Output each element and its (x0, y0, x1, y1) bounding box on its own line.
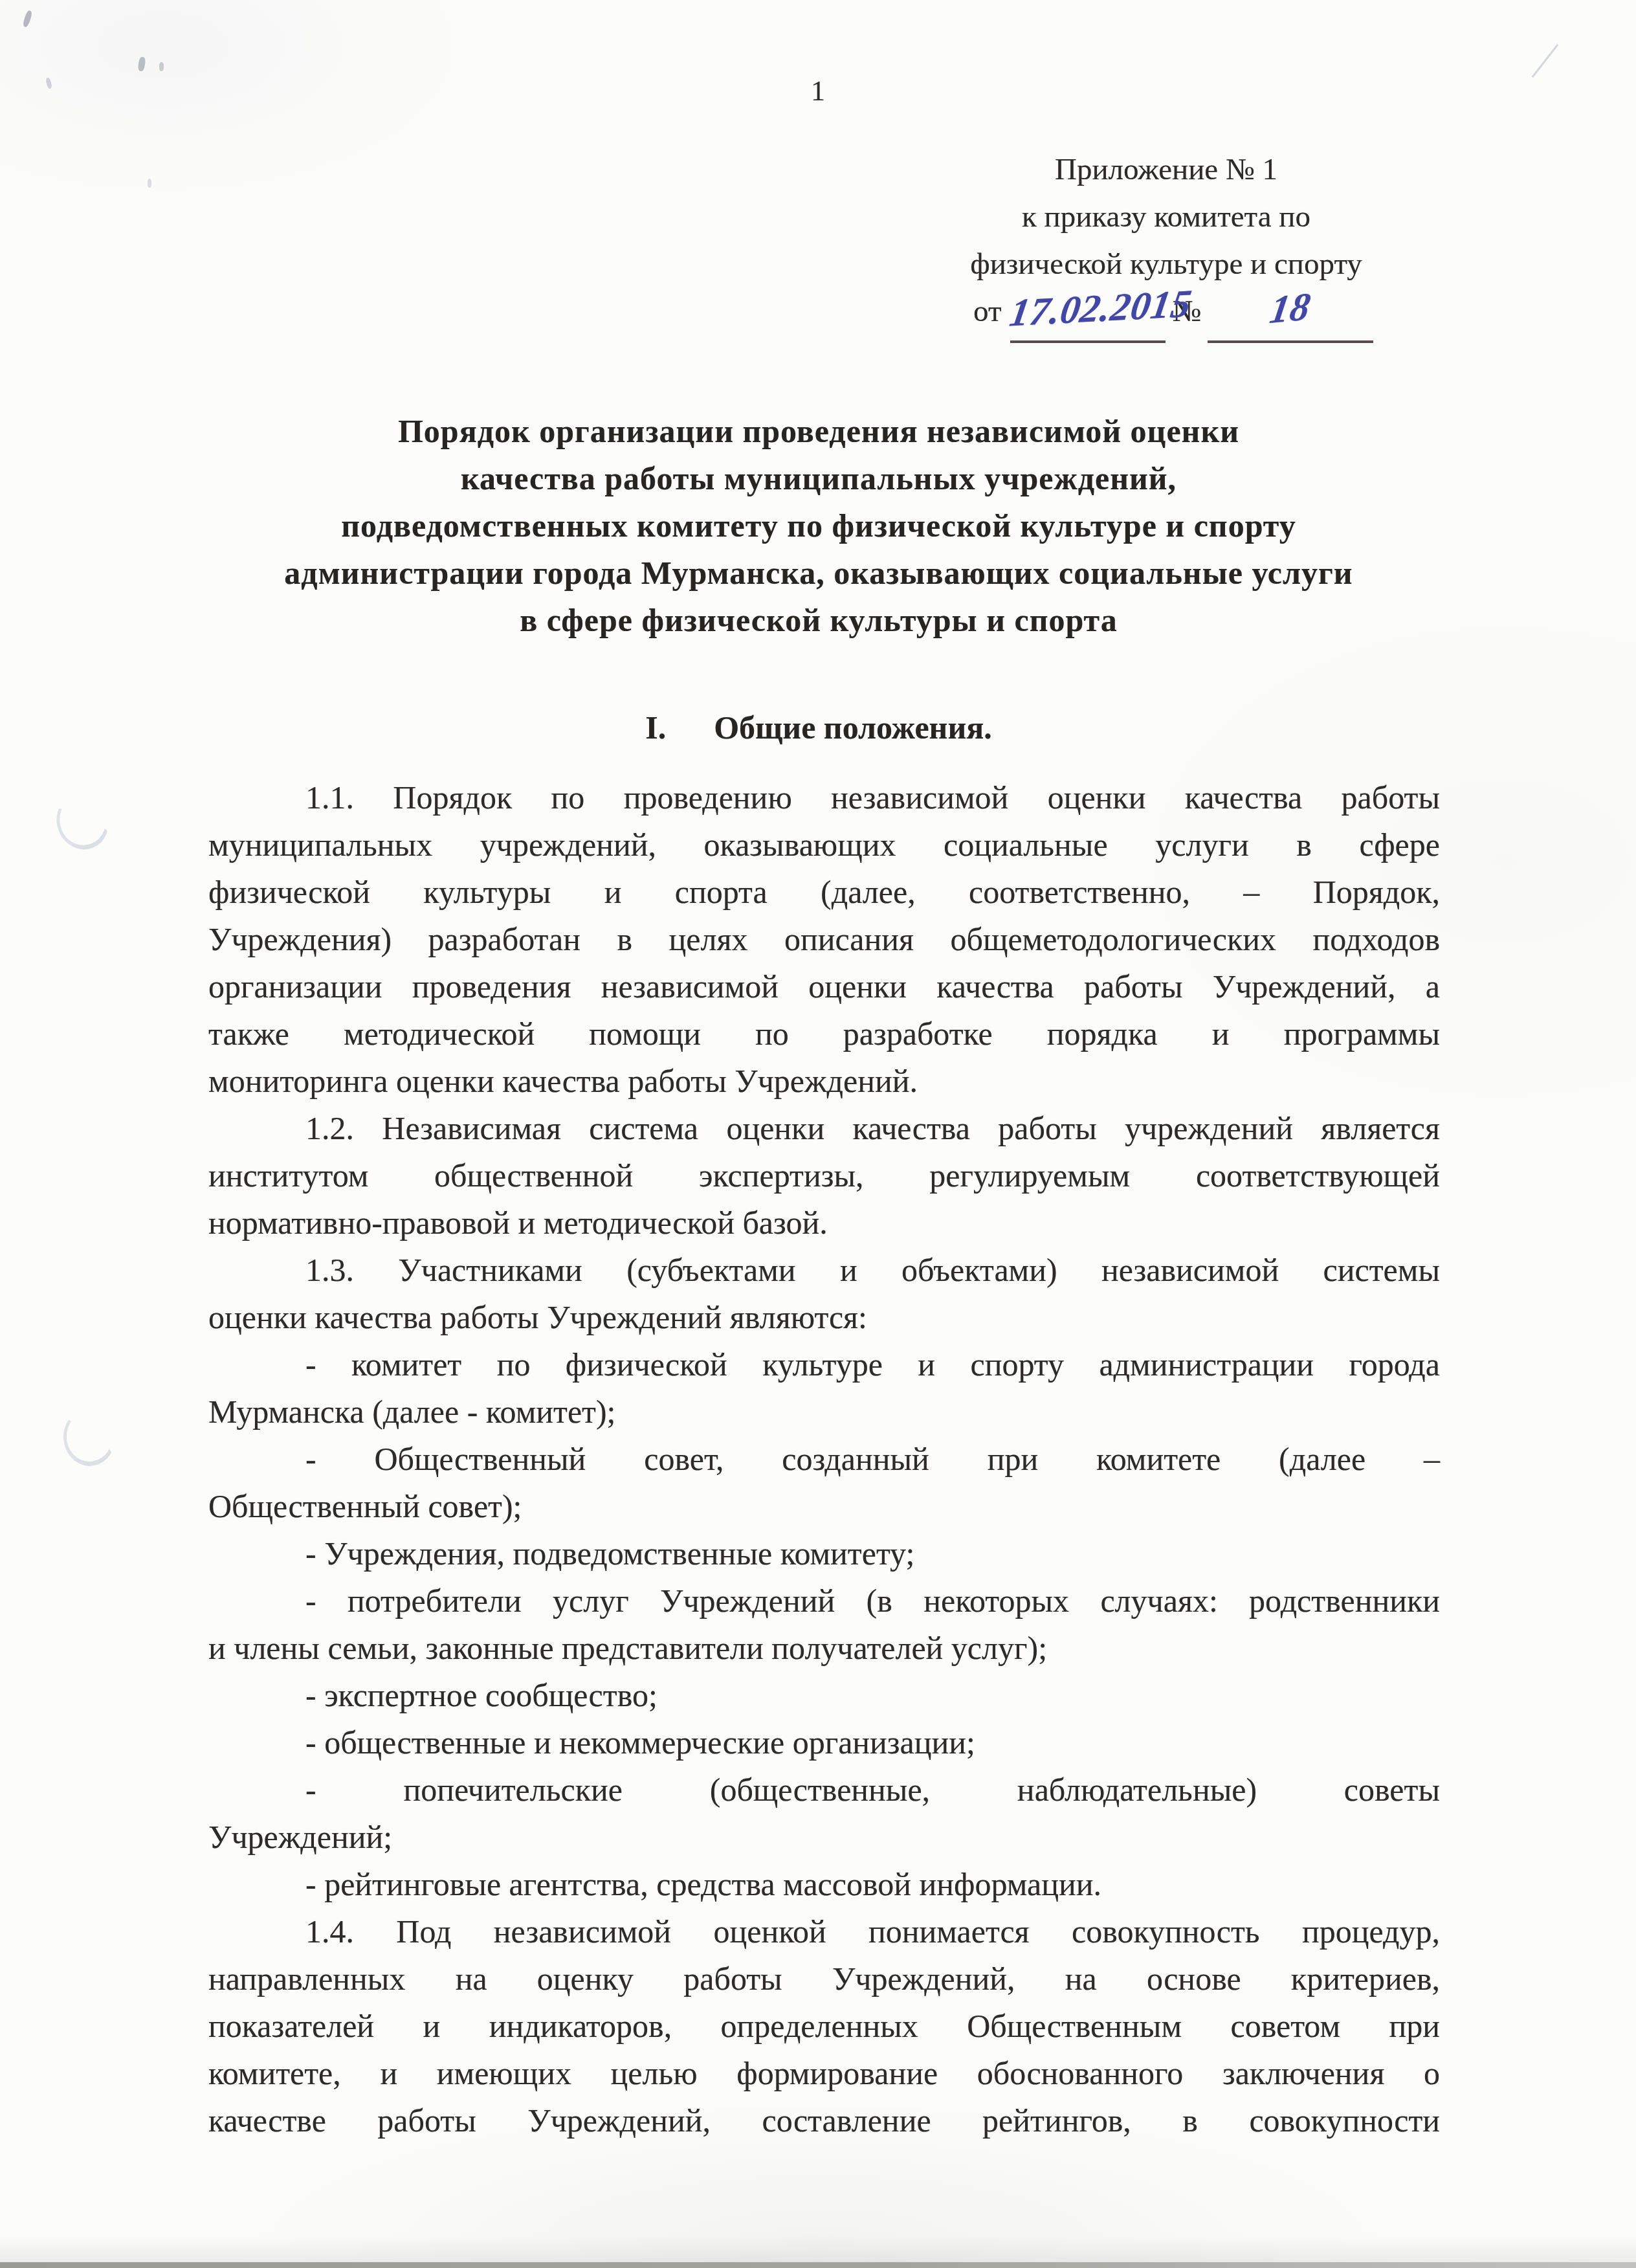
body-line: нормативно-правовой и методической базой… (208, 1199, 1440, 1247)
body-line: показателей и индикаторов, определенных … (208, 2003, 1440, 2050)
section-title: Общие положения. (714, 709, 992, 746)
scan-speck (22, 10, 33, 28)
body-line: - комитет по физической культуре и спорт… (208, 1341, 1440, 1388)
body-line: - общественные и некоммерческие организа… (208, 1719, 1440, 1766)
paragraph-1-4: 1.4. Под независимой оценкой понимается … (208, 1908, 1440, 2144)
body-line: - Общественный совет, созданный при коми… (208, 1436, 1440, 1483)
document-title-line: Порядок организации проведения независим… (207, 408, 1430, 455)
body-line: направленных на оценку работы Учреждений… (208, 1955, 1440, 2003)
appendix-header-line: физической культуре и спорту (940, 241, 1393, 288)
document-body: 1.1. Порядок по проведению независимой о… (208, 774, 1440, 2144)
body-line: комитете, и имеющих целью формирование о… (208, 2050, 1440, 2097)
body-line: Учреждения) разработан в целях описания … (208, 916, 1440, 963)
scan-speck (138, 56, 146, 71)
scan-bottom-shadow (0, 2235, 1636, 2262)
order-date-line: от 17.02.2015 № 18 (940, 288, 1393, 335)
body-line: - попечительские (общественные, наблюдат… (208, 1766, 1440, 1814)
document-title-line: качества работы муниципальных учреждений… (207, 455, 1430, 502)
scan-crescent-mark (49, 786, 117, 857)
body-line: также методической помощи по разработке … (208, 1010, 1440, 1058)
body-line: и члены семьи, законные представители по… (208, 1625, 1440, 1672)
body-line: физической культуры и спорта (далее, соо… (208, 869, 1440, 916)
body-line: организации проведения независимой оценк… (208, 963, 1440, 1010)
body-line: - Учреждения, подведомственные комитету; (208, 1530, 1440, 1577)
paragraph-1-2: 1.2. Независимая система оценки качества… (208, 1105, 1440, 1247)
appendix-header-line: к приказу комитета по (940, 194, 1393, 241)
list-item-public-council: - Общественный совет, созданный при коми… (208, 1436, 1440, 1530)
body-line: Учреждений; (208, 1814, 1440, 1861)
handwritten-order-number: 18 (1268, 293, 1312, 323)
list-item-rating-agencies: - рейтинговые агентства, средства массов… (208, 1861, 1440, 1908)
list-item-trustee-councils: - попечительские (общественные, наблюдат… (208, 1766, 1440, 1861)
body-line: мониторинга оценки качества работы Учреж… (208, 1058, 1440, 1105)
handwritten-date: 17.02.2015 (1008, 290, 1193, 326)
body-line: 1.4. Под независимой оценкой понимается … (208, 1908, 1440, 1955)
number-underline-field: 18 (1208, 288, 1373, 343)
body-line: оценки качества работы Учреждений являют… (208, 1294, 1440, 1341)
body-line: качестве работы Учреждений, составление … (208, 2097, 1440, 2144)
list-item-committee: - комитет по физической культуре и спорт… (208, 1341, 1440, 1436)
body-line: муниципальных учреждений, оказывающих со… (208, 821, 1440, 869)
body-line: 1.1. Порядок по проведению независимой о… (208, 774, 1440, 821)
document-title: Порядок организации проведения независим… (207, 408, 1430, 644)
paragraph-1-1: 1.1. Порядок по проведению независимой о… (208, 774, 1440, 1105)
body-line: - рейтинговые агентства, средства массов… (208, 1861, 1440, 1908)
page-number: 1 (0, 75, 1636, 107)
document-title-line: подведомственных комитету по физической … (207, 502, 1430, 550)
list-item-institutions: - Учреждения, подведомственные комитету; (208, 1530, 1440, 1577)
section-numeral: I. (645, 709, 666, 746)
paragraph-1-3: 1.3. Участниками (субъектами и объектами… (208, 1247, 1440, 1341)
body-line: Общественный совет); (208, 1483, 1440, 1530)
date-underline-field: 17.02.2015 (1010, 288, 1166, 343)
body-line: - потребители услуг Учреждений (в некото… (208, 1577, 1440, 1625)
body-line: 1.2. Независимая система оценки качества… (208, 1105, 1440, 1152)
body-line: институтом общественной экспертизы, регу… (208, 1152, 1440, 1199)
appendix-header-line: Приложение № 1 (940, 146, 1393, 194)
document-title-line: администрации города Мурманска, оказываю… (207, 550, 1430, 597)
scan-speck (148, 179, 151, 188)
scan-bottom-edge (0, 2262, 1636, 2268)
scan-speck (159, 62, 164, 71)
list-item-consumers: - потребители услуг Учреждений (в некото… (208, 1577, 1440, 1672)
list-item-ngo: - общественные и некоммерческие организа… (208, 1719, 1440, 1766)
scan-crescent-mark (59, 1406, 119, 1470)
document-title-line: в сфере физической культуры и спорта (207, 597, 1430, 644)
list-item-expert-community: - экспертное сообщество; (208, 1672, 1440, 1719)
scan-hair-artifact (1532, 44, 1559, 78)
body-line: 1.3. Участниками (субъектами и объектами… (208, 1247, 1440, 1294)
scanned-document-page: 1 Приложение № 1 к приказу комитета по ф… (0, 0, 1636, 2268)
body-line: - экспертное сообщество; (208, 1672, 1440, 1719)
appendix-header: Приложение № 1 к приказу комитета по физ… (940, 146, 1393, 335)
body-line: Мурманска (далее - комитет); (208, 1388, 1440, 1436)
section-heading: I.Общие положения. (207, 704, 1430, 751)
date-prefix-label: от (973, 288, 1001, 335)
